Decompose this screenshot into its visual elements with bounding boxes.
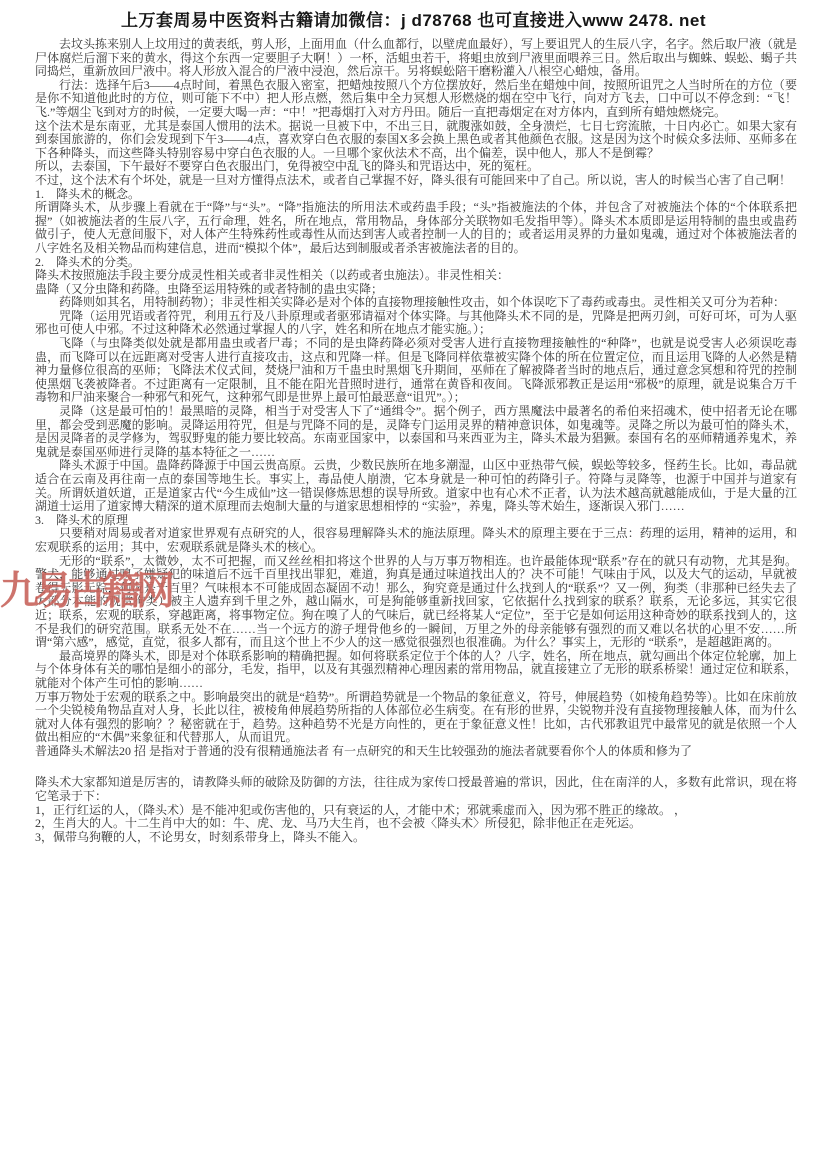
paragraph: 降头术按照施法手段主要分成灵性相关或者非灵性相关（以药或者虫施法）。非灵性相关： <box>35 269 797 283</box>
list-item: 2，生肖大的人。十二生肖中大的如：牛、虎、龙、马乃大生肖，也不会被〈降头术〉所侵… <box>35 817 797 831</box>
paragraph: 万事万物处于宏观的联系之中。影响最突出的就是“趋势”。所谓趋势就是一个物品的象征… <box>35 691 797 745</box>
paragraph: 无形的“联系”，太微妙，太不可把握，而又丝丝相扣将这个世界的人与万事万物相连。也… <box>35 555 797 650</box>
paragraph: 这个法术是东南亚，尤其是泰国人惯用的法术。据说一旦被下中，不出三日，就腹涨如鼓，… <box>35 120 797 161</box>
paragraph: 最高境界的降头术，即是对个体联系影响的精确把握。如何将联系定位于个体的人？八字，… <box>35 650 797 691</box>
document-body: 去坟头拣来别人上坟用过的黄表纸，剪人形，上面用血（什么血都行，以壁虎血最好），写… <box>35 38 797 844</box>
paragraph: 药降则如其名，用特制药物）；非灵性相关实降必是对个体的直接物理接触性攻击，如个体… <box>35 296 797 310</box>
paragraph: 所谓降头术，从步骤上看就在于“降”与“头”。“降”指施法的所用法术或药蛊手段；“… <box>35 201 797 255</box>
paragraph: 咒降（运用咒语或者符咒，利用五行及八卦原理或者驱邪请福对个体实降。与其他降头术不… <box>35 310 797 337</box>
paragraph: 只要稍对周易或者对道家世界观有点研究的人，很容易理解降头术的施法原理。降头术的原… <box>35 527 797 554</box>
paragraph: 所以，去泰国，下午最好不要穿白色衣服出门，免得被空中乱飞的降头和咒语达中，死的冤… <box>35 160 797 174</box>
header-banner: 上万套周易中医资料古籍请加微信：j d78768 也可直接进入www 2478.… <box>0 6 827 31</box>
paragraph: 不过，这个法术有个坏处，就是一旦对方懂得点法术，或者自己掌握不好，降头很有可能回… <box>35 174 797 188</box>
paragraph: 去坟头拣来别人上坟用过的黄表纸，剪人形，上面用血（什么血都行，以壁虎血最好），写… <box>35 38 797 79</box>
paragraph: 行法：选择午后3——4点时间，着黑色衣服入密室，把蜡烛按照八个方位摆放好，然后坐… <box>35 79 797 120</box>
paragraph: 普通降头术解法20 招 是指对于普通的没有很精通施法者 有一点研究的和天生比较强… <box>35 745 797 759</box>
paragraph: 灵降（这是最可怕的！最黑暗的灵降，相当于对受害人下了“通缉令”。据个例子，西方黑… <box>35 405 797 459</box>
list-item: 3，佩带乌狗鞭的人，不论男女，时刻系带身上，降头不能入。 <box>35 831 797 845</box>
paragraph: 降头术源于中国。蛊降药降源于中国云贵高原。云贵，少数民族所在地多潮湿，山区中亚热… <box>35 459 797 513</box>
paragraph: 降头术大家都知道是厉害的，请教降头师的破除及防御的方法，往往成为家传口授最普遍的… <box>35 776 797 803</box>
paragraph: 飞降（与虫降类似处就是都用蛊虫或者尸毒；不同的是虫降药降必须对受害人进行直接物理… <box>35 337 797 405</box>
document-page: 上万套周易中医资料古籍请加微信：j d78768 也可直接进入www 2478.… <box>0 0 827 1170</box>
